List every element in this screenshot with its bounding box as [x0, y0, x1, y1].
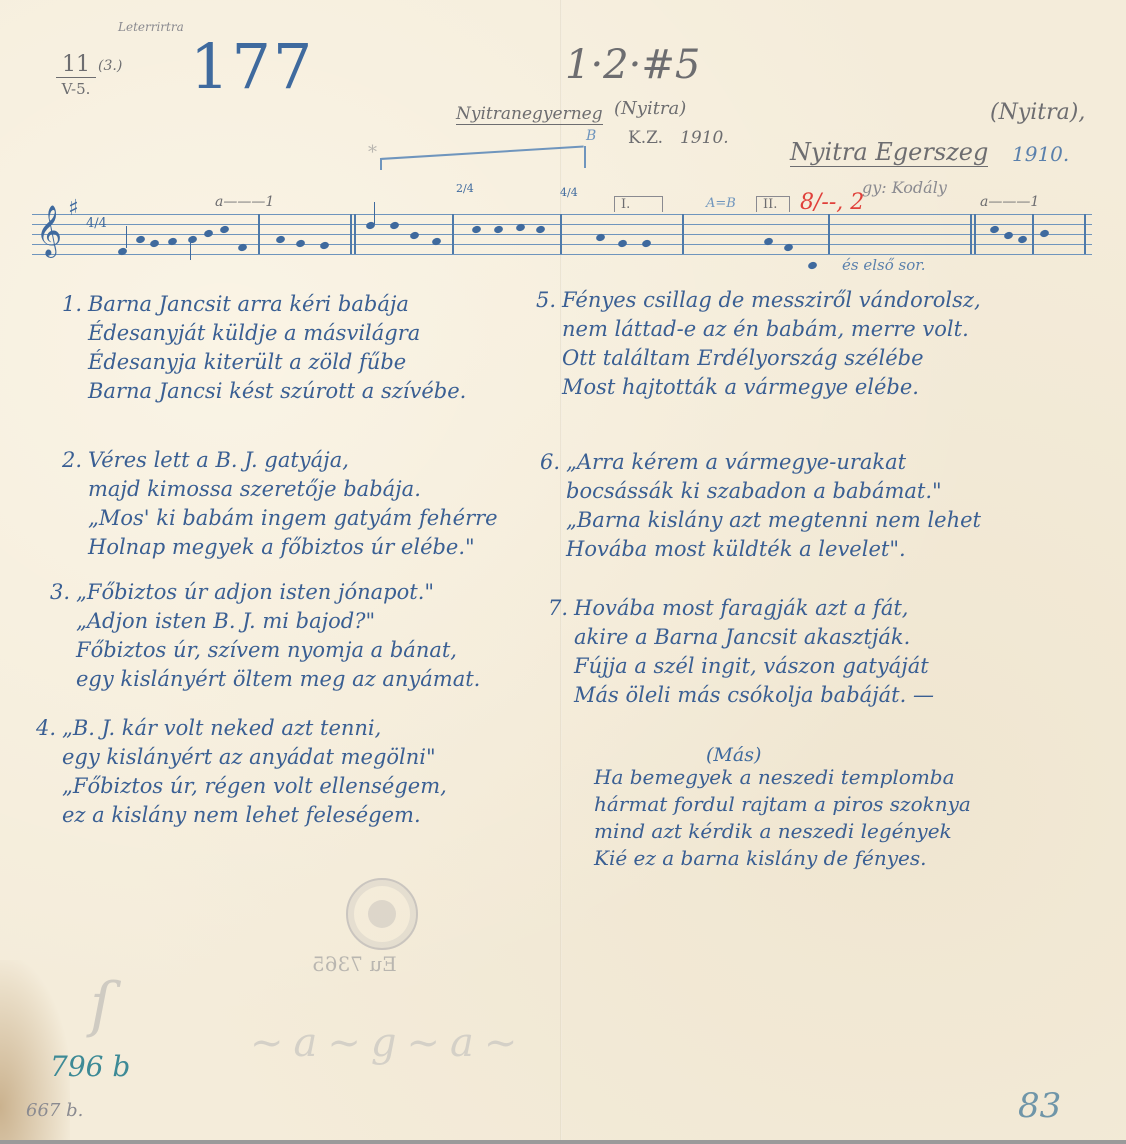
stanza-7: 7.Hovába most faragják azt a fát, akire …	[548, 594, 934, 710]
collection-region-2: (Nyitra),	[990, 100, 1085, 125]
lyric-line: ez a kislány nem lehet feleségem.	[36, 801, 447, 830]
fraction-numerator: 11	[56, 52, 96, 77]
lyric-line: hármat fordul rajtam a piros szoknya	[594, 791, 971, 818]
paper-fold	[560, 0, 562, 1144]
lyric-line: Most hajtották a vármegye elébe.	[536, 373, 981, 402]
lyric-line: Barna Jancsit arra kéri babája	[88, 292, 409, 316]
variant-stanza: Ha bemegyek a neszedi templomba hármat f…	[594, 764, 971, 872]
fraction-note: (3.)	[98, 58, 122, 74]
lyric-line: „Mos' ki babám ingem gatyám fehérre	[62, 504, 498, 533]
lyric-line: Főbiztos úr, szívem nyomja a bánat,	[50, 636, 480, 665]
lyric-line: nem láttad-e az én babám, merre volt.	[536, 315, 981, 344]
lyric-line: Véres lett a B. J. gatyája,	[88, 448, 349, 472]
faint-bleedthrough-signature: ~a~g~a~	[250, 1020, 527, 1066]
main-number: 177	[190, 30, 314, 103]
lyric-line: Hovába most küldték a levelet".	[540, 535, 981, 564]
sharp-key-signature: ♯	[68, 196, 79, 221]
time-change-2: 4/4	[560, 186, 578, 199]
lyric-line: Barna Jancsi kést szúrott a szívébe.	[62, 377, 466, 406]
stanza-1: 1.Barna Jancsit arra kéri babája Édesany…	[62, 290, 466, 406]
lyric-line: „B. J. kár volt neked azt tenni,	[62, 716, 381, 740]
lyric-line: mind azt kérdik a neszedi legények	[594, 818, 971, 845]
stanza-6: 6.„Arra kérem a vármegye-urakat bocsássá…	[540, 448, 981, 564]
page-edge	[0, 1140, 1126, 1144]
lyric-line: majd kimossa szeretője babája.	[62, 475, 498, 504]
bracket-left-tick	[380, 158, 382, 170]
bracket-b-mark: B	[586, 128, 596, 144]
stanza-5: 5.Fényes csillag de messziről vándorolsz…	[536, 286, 981, 402]
lyric-line: Hovába most faragják azt a fát,	[574, 596, 908, 620]
volta-1: I.	[614, 196, 663, 212]
lyric-line: „Főbiztos úr adjon isten jónapot."	[76, 580, 434, 604]
collection-place-2: Nyitra Egerszeg	[790, 138, 988, 167]
archive-number-2: 667 b.	[26, 1100, 83, 1121]
lyric-line: Édesanyja kiterült a zöld fűbe	[62, 348, 466, 377]
phrase-mark-2: a———1	[980, 194, 1039, 210]
stanza-3: 3.„Főbiztos úr adjon isten jónapot." „Ad…	[50, 578, 480, 694]
music-staff: 𝄞 ♯ 4/4 2/4 4/4 és első sor.	[32, 214, 1092, 254]
lyric-line: Ott találtam Erdélyország szélébe	[536, 344, 981, 373]
stanza-4: 4.„B. J. kár volt neked azt tenni, egy k…	[36, 714, 447, 830]
lyric-line: bocsássák ki szabadon a babámat."	[540, 477, 981, 506]
collection-place-1: Nyitranegyerneg	[456, 104, 603, 125]
lyric-line: Fényes csillag de messziről vándorolsz,	[562, 288, 981, 312]
volta-2: II.	[756, 196, 790, 212]
fraction-mark: 11 V-5.	[56, 52, 96, 98]
time-change-1: 2/4	[456, 182, 474, 195]
lyric-line: „Főbiztos úr, régen volt ellenségem,	[36, 772, 447, 801]
collector-1: K.Z.	[628, 128, 663, 148]
lyric-line: egy kislányért az anyádat megölni"	[36, 743, 447, 772]
lyric-line: „Adjon isten B. J. mi bajod?"	[50, 607, 480, 636]
bracket-star-mark: *	[368, 142, 377, 163]
archive-number-1: 796 b	[50, 1050, 130, 1083]
variant-label: (Más)	[706, 744, 761, 766]
barline	[258, 214, 260, 254]
archive-stamp	[346, 878, 418, 950]
lyric-line: Édesanyját küldje a másvilágra	[62, 319, 466, 348]
collector-2: gy: Kodály	[862, 178, 947, 197]
lyric-line: Fújja a szél ingit, vászon gatyáját	[548, 652, 934, 681]
repeat-barline	[350, 214, 352, 254]
staff-annotation: és első sor.	[842, 256, 926, 274]
stanza-2: 2.Véres lett a B. J. gatyája, majd kimos…	[62, 446, 498, 562]
lyric-line: „Barna kislány azt megtenni nem lehet	[540, 506, 981, 535]
phrase-mark-1: a———1	[215, 194, 274, 210]
collection-year-1: 1910.	[680, 128, 729, 148]
lyric-line: akire a Barna Jancsit akasztják.	[548, 623, 934, 652]
bracket-right-tick	[584, 146, 586, 168]
fraction-denominator: V-5.	[56, 77, 96, 98]
collection-region-1: (Nyitra)	[614, 98, 686, 119]
faint-bleedthrough-mark: ſ	[90, 970, 112, 1040]
lyric-line: egy kislányért öltem meg az anyámat.	[50, 665, 480, 694]
red-annotation: 8/--, 2	[800, 190, 864, 215]
lyric-line: Más öleli más csókolja babáját. —	[548, 681, 934, 710]
ab-mark: A=B	[706, 196, 736, 211]
manuscript-page	[0, 0, 1126, 1144]
lyric-line: Kié ez a barna kislány de fényes.	[594, 845, 971, 872]
lyric-line: Holnap megyek a főbiztos úr elébe."	[62, 533, 498, 562]
collection-year-2: 1910.	[1012, 142, 1069, 166]
lyric-line: „Arra kérem a vármegye-urakat	[566, 450, 906, 474]
lyric-line: Ha bemegyek a neszedi templomba	[594, 764, 971, 791]
time-signature: 4/4	[86, 216, 107, 232]
catalog-code: 1·2·#5	[565, 42, 700, 88]
page-number: 83	[1018, 1086, 1061, 1126]
treble-clef-icon: 𝄞	[36, 206, 62, 256]
pencil-annotation: Leterrirtra	[118, 20, 184, 34]
mirrored-stamp-number: Eu 7365	[312, 952, 397, 976]
